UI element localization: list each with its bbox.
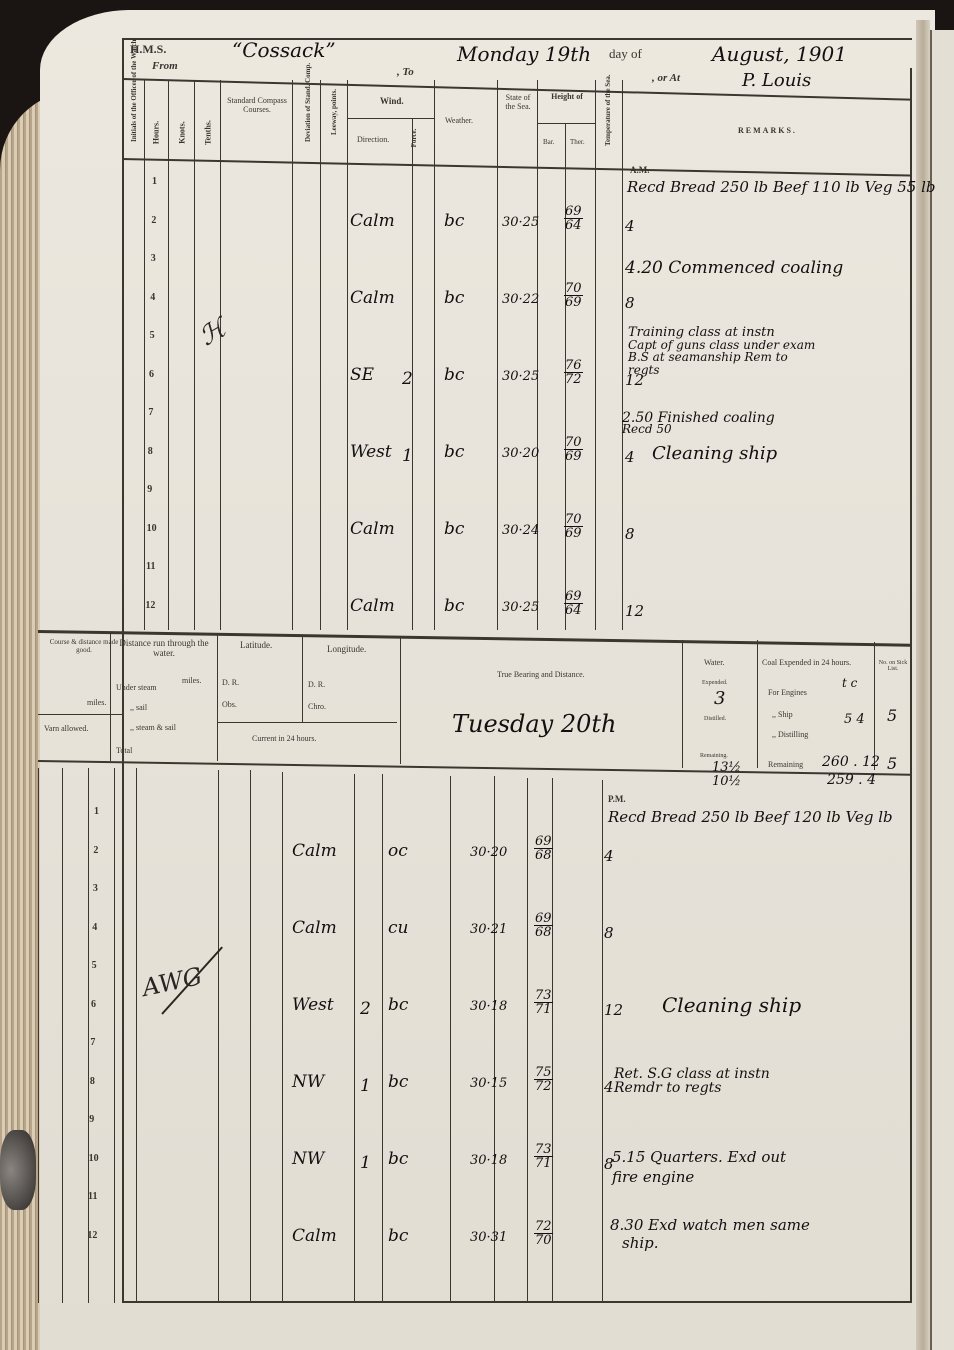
thermometer-reading: 7572 (534, 1066, 553, 1093)
barometer-reading: 30·22 (502, 292, 539, 307)
distance-run-label: Distance run through the water. (114, 638, 214, 658)
wind-subdivider (347, 118, 435, 119)
dry-bulb: 76 (564, 359, 583, 373)
col-divider (320, 80, 321, 630)
summary-subrule (38, 714, 122, 715)
water-remaining-1: 13½ (712, 760, 741, 775)
coal-ship-label: ,, Ship (772, 710, 793, 719)
total-label: Total (116, 746, 132, 755)
remark-line: ship. (622, 1234, 659, 1252)
col-compass-courses: Standard Compass Courses. (226, 96, 288, 114)
remark-line: B.S at seamanship Rem to (628, 350, 788, 364)
true-bearing-value: Tuesday 20th (452, 710, 616, 738)
or-at-label: , or At (652, 72, 680, 84)
col-sea-temp: Temperature of the Sea. (604, 86, 612, 146)
water-expended-value: 3 (714, 688, 725, 709)
col-divider (537, 80, 538, 630)
lon-dr-label: D. R. (308, 680, 325, 689)
lat-obs-label: Obs. (222, 700, 237, 709)
pm-col-divider (282, 772, 283, 1303)
log-day: Monday 19th (457, 42, 591, 66)
wind-direction: Calm (350, 211, 395, 231)
water-remaining-label: Remaining. (700, 753, 728, 759)
wet-bulb: 64 (565, 604, 582, 617)
var-allowed-label: Varn allowed. (44, 724, 88, 733)
border-right (910, 68, 912, 1303)
from-label: From (152, 60, 178, 72)
col-divider (622, 80, 623, 630)
hour-number: 5 (92, 960, 97, 971)
hour-number: 3 (93, 883, 98, 894)
wet-bulb: 72 (565, 373, 582, 386)
coal-remaining-1: 260 . 12 (822, 754, 880, 770)
col-weather: Weather. (445, 116, 473, 125)
col-hours: Hours. (152, 113, 161, 153)
pm-col-divider (114, 768, 115, 1303)
height-subdivider (537, 123, 595, 124)
ship-name: “Cossack” (232, 38, 336, 62)
dry-bulb: 72 (534, 1220, 553, 1234)
remark-line: Recd 50 (622, 422, 672, 436)
remark-hour: 4 (604, 847, 614, 865)
water-distilled-label: Distilled. (704, 716, 726, 722)
col-divider (434, 80, 435, 630)
barometer-reading: 30·25 (502, 369, 539, 384)
coal-remaining-2: 259 . 4 (827, 772, 876, 788)
water-remaining-2: 10½ (712, 774, 741, 789)
hour-number: 10 (89, 1153, 99, 1164)
pm-col-divider (250, 770, 251, 1303)
thermometer-reading: 6968 (534, 835, 553, 862)
summary-divider (217, 633, 218, 761)
thermometer-reading: 7270 (534, 1220, 553, 1247)
dry-bulb: 70 (564, 513, 583, 527)
weather-code: bc (388, 1149, 408, 1169)
latitude-label: Latitude. (240, 640, 272, 650)
hour-number: 7 (148, 407, 153, 418)
barometer-reading: 30·20 (470, 845, 507, 860)
facing-page-edge (930, 30, 954, 1350)
barometer-reading: 30·24 (502, 523, 539, 538)
col-tenths: Tenths. (204, 113, 213, 153)
hour-number: 5 (150, 330, 155, 341)
thermometer-reading: 7371 (534, 989, 553, 1016)
wet-bulb: 69 (565, 450, 582, 463)
wind-force: 2 (402, 369, 413, 389)
remark-hour: 8 (625, 294, 635, 312)
sick-list-value-1: 5 (887, 706, 897, 725)
wind-force: 1 (360, 1153, 371, 1173)
col-ther: Ther. (570, 138, 585, 146)
coal-engines-label: For Engines (768, 688, 807, 697)
col-wind-force: Force. (410, 128, 418, 148)
hour-number: 9 (89, 1114, 94, 1125)
barometer-reading: 30·20 (502, 446, 539, 461)
hour-number: 3 (151, 253, 156, 264)
col-remarks: REMARKS. (738, 126, 797, 135)
under-steam-label: Under steam (116, 683, 157, 692)
hour-number: 9 (147, 484, 152, 495)
hour-number: 2 (93, 845, 98, 856)
pm-label: P.M. (608, 794, 626, 804)
pm-col-divider (450, 776, 451, 1303)
wind-direction: Calm (350, 519, 395, 539)
lon-chro-label: Chro. (308, 702, 326, 711)
to-label: , To (397, 66, 414, 78)
hour-number: 6 (91, 999, 96, 1010)
sail-label: ,, sail (130, 703, 147, 712)
wet-bulb: 68 (535, 926, 552, 939)
wind-direction: Calm (292, 841, 337, 861)
col-wind-direction: Direction. (357, 135, 389, 144)
summary-divider (302, 635, 303, 723)
col-divider (292, 80, 293, 630)
barometer-reading: 30·25 (502, 215, 539, 230)
remark-hour: 4 (625, 217, 635, 235)
am-officer-initials: ℋ (194, 314, 231, 353)
summary-divider (874, 642, 875, 770)
dry-bulb: 75 (534, 1066, 553, 1080)
wet-bulb: 70 (535, 1234, 552, 1247)
remark-line: 8.30 Exd watch men same (610, 1216, 810, 1234)
hour-number: 6 (149, 369, 154, 380)
wet-bulb: 71 (535, 1157, 552, 1170)
dry-bulb: 73 (534, 1143, 553, 1157)
wind-direction: Calm (292, 1226, 337, 1246)
thermometer-reading: 7069 (564, 282, 583, 309)
true-bearing-label: True Bearing and Distance. (497, 670, 585, 679)
barometer-reading: 30·18 (470, 999, 507, 1014)
wet-bulb: 71 (535, 1003, 552, 1016)
remark-line: fire engine (612, 1168, 694, 1186)
pm-col-divider (382, 774, 383, 1303)
dry-bulb: 69 (564, 205, 583, 219)
remark-line: 4.20 Commenced coaling (625, 258, 843, 278)
water-label: Water. (704, 658, 724, 667)
hour-number: 11 (146, 561, 155, 572)
remark-line: Remdr to regts (614, 1080, 721, 1096)
remark-hour: 4 (625, 448, 635, 466)
column-header-bottom (122, 158, 910, 177)
am-label: A.M. (630, 165, 650, 175)
remark-line: Cleaning ship (662, 993, 801, 1017)
wind-direction: NW (292, 1149, 324, 1169)
remark-line: regts (628, 363, 660, 377)
pm-col-divider (136, 768, 137, 1303)
wind-direction: NW (292, 1072, 324, 1092)
pm-officer-initials: AWG (140, 962, 205, 1002)
wind-direction: West (292, 995, 334, 1015)
wet-bulb: 68 (535, 849, 552, 862)
remark-hour: 4 (604, 1078, 614, 1096)
weather-code: oc (388, 841, 408, 861)
current-label: Current in 24 hours. (252, 734, 316, 743)
weather-code: bc (444, 211, 464, 231)
coal-expended-label: Coal Expended in 24 hours. (762, 658, 851, 667)
dry-bulb: 69 (534, 912, 553, 926)
thermometer-reading: 7069 (564, 436, 583, 463)
hour-number: 7 (90, 1037, 95, 1048)
thermometer-reading: 7672 (564, 359, 583, 386)
hour-number: 8 (90, 1076, 95, 1087)
sick-list-label: No. on Sick List. (878, 660, 908, 672)
remark-hour: 8 (604, 924, 614, 942)
border-left (122, 38, 124, 1303)
log-form: H.M.S. “Cossack” Monday 19th day of Augu… (122, 38, 912, 1303)
hour-number: 11 (88, 1191, 97, 1202)
port-location: P. Louis (742, 70, 811, 91)
coal-unit-label: t c (842, 676, 857, 690)
dry-bulb: 70 (564, 436, 583, 450)
coal-distilling-label: ,, Distilling (772, 730, 808, 739)
hour-number: 1 (152, 176, 157, 187)
thermometer-reading: 6968 (534, 912, 553, 939)
pm-col-divider (62, 768, 63, 1303)
weather-code: bc (444, 596, 464, 616)
col-divider (194, 80, 195, 630)
longitude-label: Longitude. (327, 644, 366, 654)
hour-number: 4 (92, 922, 97, 933)
wind-direction: SE (350, 365, 374, 385)
col-wind: Wind. (380, 96, 404, 106)
wind-force: 1 (360, 1076, 371, 1096)
hour-number: 8 (148, 446, 153, 457)
pm-col-divider (38, 768, 39, 1303)
col-deviation: Deviation of Stand. Comp. (304, 82, 312, 142)
weather-code: cu (388, 918, 408, 938)
wind-direction: West (350, 442, 392, 462)
coal-remaining-label: Remaining (768, 760, 803, 769)
col-height-of: Height of (542, 92, 592, 101)
weather-code: bc (444, 288, 464, 308)
sick-list-value-2: 5 (887, 754, 897, 773)
col-divider (168, 80, 169, 630)
thermometer-reading: 6964 (564, 205, 583, 232)
hour-number: 10 (147, 523, 157, 534)
remark-line: Cleaning ship (652, 443, 777, 464)
hour-number: 4 (150, 292, 155, 303)
hour-number: 12 (145, 600, 155, 611)
wind-direction: Calm (350, 288, 395, 308)
col-divider (347, 80, 348, 630)
col-leeway: Leeway, points. (330, 82, 338, 142)
weather-code: bc (444, 365, 464, 385)
remark-hour: 8 (625, 525, 635, 543)
wet-bulb: 72 (535, 1080, 552, 1093)
summary-subrule (217, 722, 397, 723)
thermometer-reading: 6964 (564, 590, 583, 617)
thermometer-reading: 7371 (534, 1143, 553, 1170)
remark-line: Recd Bread 250 lb Beef 110 lb Veg 55 lb (627, 178, 936, 196)
col-sea-state: State of the Sea. (502, 93, 534, 111)
weather-code: bc (388, 1226, 408, 1246)
barometer-reading: 30·15 (470, 1076, 507, 1091)
col-divider (220, 80, 221, 630)
course-miles-label: miles. (87, 698, 106, 707)
col-divider (595, 80, 596, 630)
barometer-reading: 30·31 (470, 1230, 507, 1245)
remark-hour: 12 (604, 1001, 623, 1019)
hour-number: 1 (94, 806, 99, 817)
summary-divider (757, 640, 758, 768)
remark-line: 5.15 Quarters. Exd out (612, 1148, 786, 1166)
weather-code: bc (388, 1072, 408, 1092)
wet-bulb: 64 (565, 219, 582, 232)
thumb-holding-page (0, 1130, 36, 1210)
wet-bulb: 69 (565, 527, 582, 540)
dry-bulb: 70 (564, 282, 583, 296)
coal-ship-value: 5 4 (844, 712, 865, 727)
day-of-label: day of (609, 46, 642, 62)
barometer-reading: 30·25 (502, 600, 539, 615)
weather-code: bc (444, 442, 464, 462)
hour-number: 2 (151, 215, 156, 226)
thermometer-reading: 7069 (564, 513, 583, 540)
water-expended-label: Expended. (702, 680, 728, 686)
distance-miles-label: miles. (182, 676, 201, 685)
barometer-reading: 30·18 (470, 1153, 507, 1168)
weather-code: bc (444, 519, 464, 539)
steam-sail-label: ,, steam & sail (130, 723, 190, 732)
col-knots: Knots. (178, 113, 187, 153)
col-divider (144, 80, 145, 630)
pm-col-divider (88, 768, 89, 1303)
col-initials: Initials of the Officer of the Watch. (130, 82, 138, 142)
hour-number: 12 (87, 1230, 97, 1241)
summary-divider (400, 636, 401, 764)
border-bottom (122, 1301, 912, 1303)
dry-bulb: 73 (534, 989, 553, 1003)
barometer-reading: 30·21 (470, 922, 507, 937)
pm-col-divider (602, 780, 603, 1303)
wind-force: 2 (360, 999, 371, 1019)
remark-hour: 12 (625, 602, 644, 620)
wind-direction: Calm (350, 596, 395, 616)
wind-force: 1 (402, 446, 413, 466)
summary-divider (682, 640, 683, 768)
month-year: August, 1901 (712, 42, 847, 66)
remark-line: Recd Bread 250 lb Beef 120 lb Veg lb (608, 808, 893, 826)
col-bar: Bar. (543, 138, 554, 146)
book-gutter (916, 20, 930, 1350)
weather-code: bc (388, 995, 408, 1015)
pm-col-divider (354, 774, 355, 1303)
col-divider (497, 80, 498, 630)
pm-col-divider (218, 770, 219, 1303)
pm-col-divider (527, 778, 528, 1303)
lat-dr-label: D. R. (222, 678, 239, 687)
dry-bulb: 69 (534, 835, 553, 849)
wet-bulb: 69 (565, 296, 582, 309)
dry-bulb: 69 (564, 590, 583, 604)
wind-direction: Calm (292, 918, 337, 938)
